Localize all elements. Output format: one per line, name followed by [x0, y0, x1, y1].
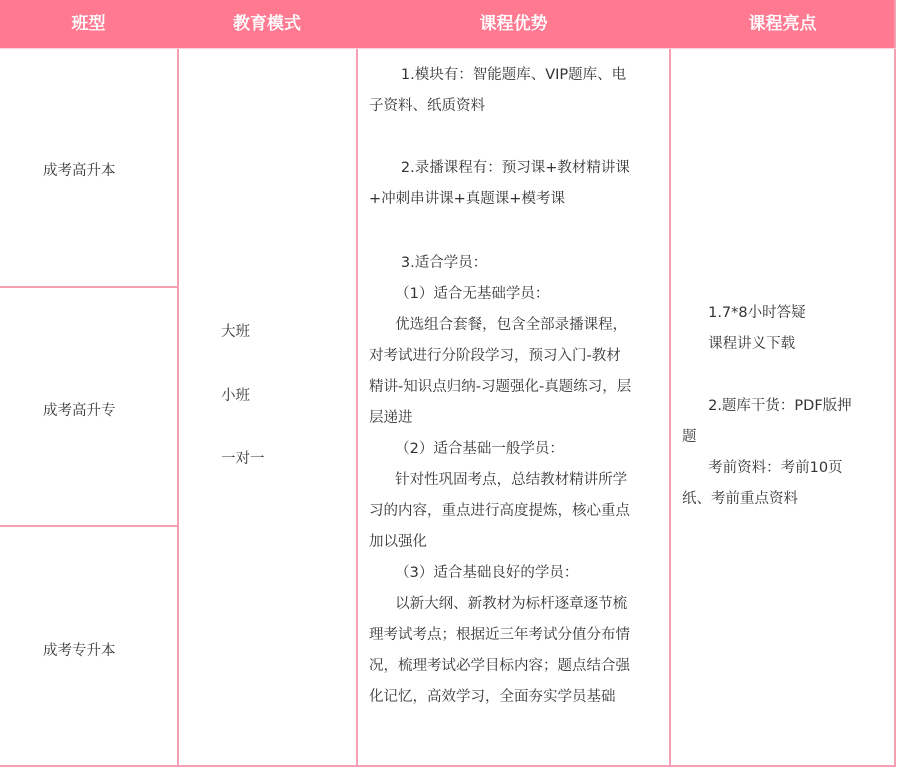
- table-right-border: [894, 0, 896, 767]
- class-type-cell: 成考高升专: [43, 399, 116, 420]
- highlight-text: 纸、考前重点资料: [682, 484, 892, 515]
- advantage-text: 优选组合套餐，包含全部录播课程，: [369, 310, 669, 341]
- course-comparison-table: 班型 教育模式 课程优势 课程亮点 成考高升本 成考高升专 成考专升本 大班 小…: [0, 0, 896, 767]
- education-mode-item: 一对一: [221, 447, 265, 468]
- highlight-text: 课程讲义下载: [682, 329, 892, 360]
- advantage-text: 对考试进行分阶段学习，预习入门-教材: [369, 341, 669, 372]
- advantage-subtitle: （1）适合无基础学员：: [369, 279, 669, 310]
- column-divider: [669, 48, 671, 767]
- advantage-text: 子资料、纸质资料: [369, 91, 669, 122]
- advantage-text: 1.模块有：智能题库、VIP题库、电: [369, 60, 669, 91]
- course-highlights-content: 1.7*8小时答疑 课程讲义下载 2.题库干货：PDF版押 题 考前资料：考前1…: [682, 298, 892, 515]
- advantage-text: 以新大纲、新教材为标杆逐章逐节梳: [369, 589, 669, 620]
- row-divider: [0, 525, 178, 527]
- advantage-text: 2.录播课程有：预习课+教材精讲课: [369, 153, 669, 184]
- advantage-text: +冲刺串讲课+真题课+模考课: [369, 184, 669, 215]
- highlight-text: 考前资料：考前10页: [682, 453, 892, 484]
- header-course-highlights: 课程亮点: [670, 0, 895, 48]
- class-type-cell: 成考高升本: [43, 159, 116, 180]
- advantage-text: 3.适合学员：: [369, 248, 669, 279]
- advantage-text: 针对性巩固考点，总结教材精讲所学: [369, 465, 669, 496]
- highlight-text: 题: [682, 422, 892, 453]
- advantage-text: 精讲-知识点归纳-习题强化-真题练习，层: [369, 372, 669, 403]
- advantage-text: 况，梳理考试必学目标内容；题点结合强: [369, 651, 669, 682]
- highlight-text: 1.7*8小时答疑: [682, 298, 892, 329]
- highlight-text: 2.题库干货：PDF版押: [682, 391, 892, 422]
- advantage-subtitle: （2）适合基础一般学员：: [369, 434, 669, 465]
- advantage-text: 理考试考点；根据近三年考试分值分布情: [369, 620, 669, 651]
- header-bottom-border: [0, 48, 896, 49]
- advantage-subtitle: （3）适合基础良好的学员：: [369, 558, 669, 589]
- advantage-text: 加以强化: [369, 527, 669, 558]
- education-mode-item: 大班: [221, 320, 250, 341]
- advantage-text: 层递进: [369, 403, 669, 434]
- education-mode-item: 小班: [221, 384, 250, 405]
- table-header: 班型 教育模式 课程优势 课程亮点: [0, 0, 895, 48]
- header-class-type: 班型: [0, 0, 177, 48]
- course-advantages-content: 1.模块有：智能题库、VIP题库、电 子资料、纸质资料 2.录播课程有：预习课+…: [369, 60, 669, 713]
- header-course-advantages: 课程优势: [357, 0, 670, 48]
- table-bottom-border: [0, 765, 896, 767]
- column-divider: [177, 48, 179, 767]
- class-type-cell: 成考专升本: [43, 639, 116, 660]
- column-divider: [356, 48, 358, 767]
- advantage-text: 习的内容，重点进行高度提炼，核心重点: [369, 496, 669, 527]
- row-divider: [0, 286, 178, 288]
- advantage-text: 化记忆，高效学习，全面夯实学员基础: [369, 682, 669, 713]
- header-education-mode: 教育模式: [177, 0, 357, 48]
